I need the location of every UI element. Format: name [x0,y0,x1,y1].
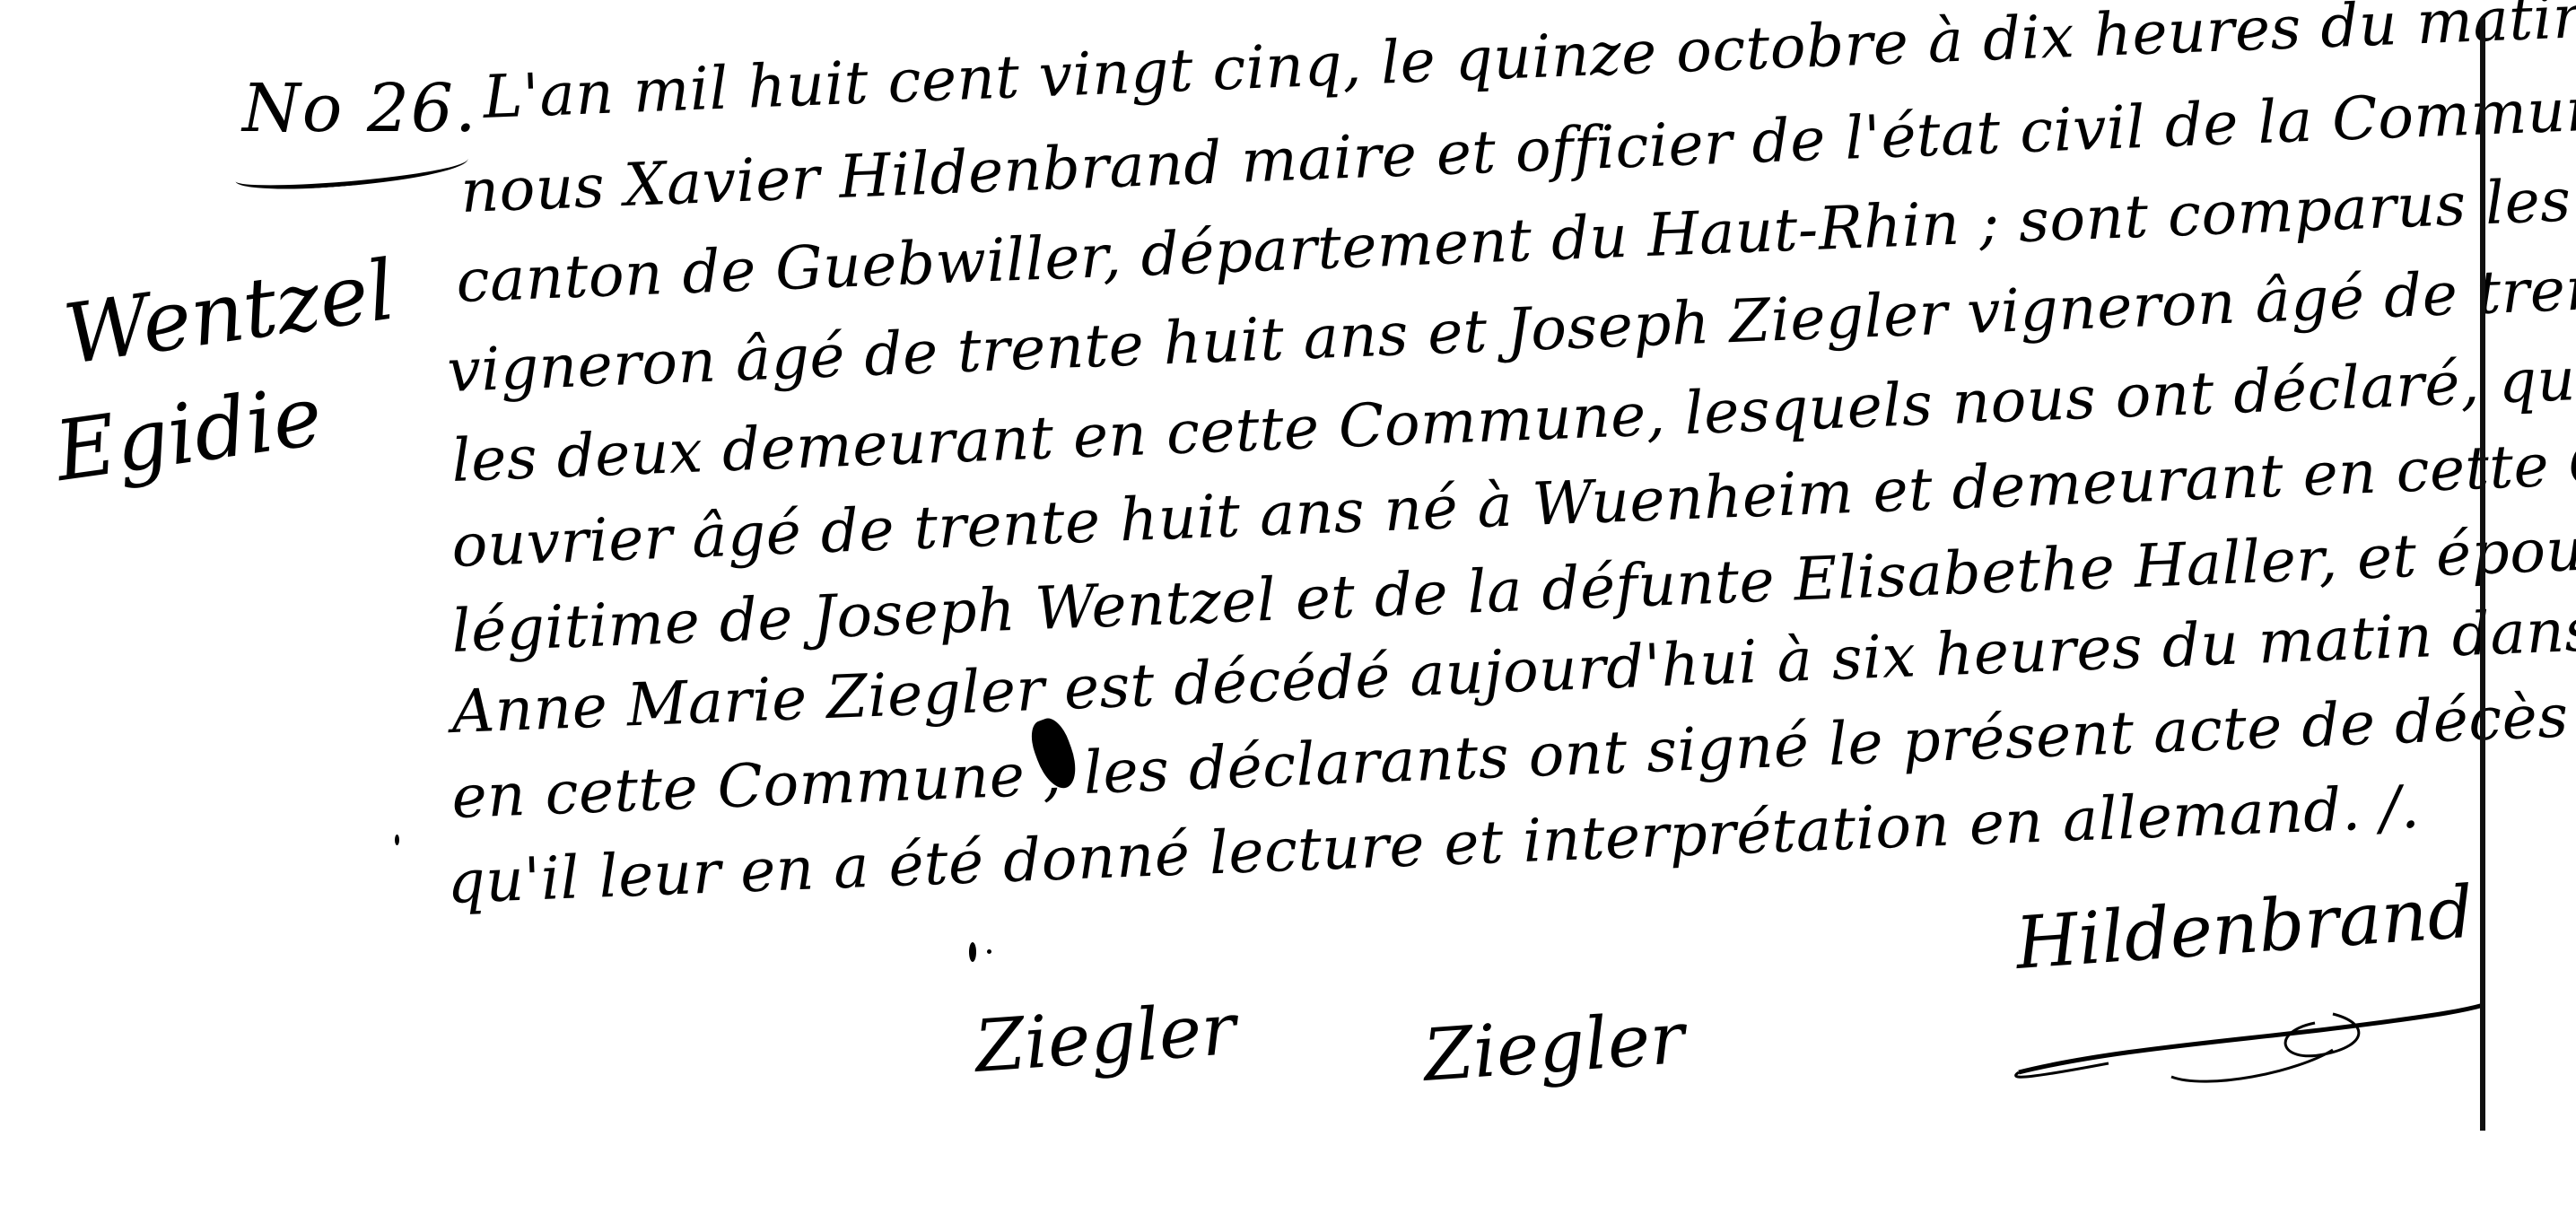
right-margin-rule [2480,18,2485,1131]
document-page: No 26. Wentzel Egidie L'an mil huit cent… [0,0,2576,1206]
margin-surname: Wentzel [58,242,400,383]
ink-speck [395,835,399,845]
witness-1-signature: Ziegler [973,987,1239,1088]
record-number: No 26. [242,70,478,147]
margin-given-name: Egidie [49,368,327,500]
witness-2-signature: Ziegler [1421,996,1688,1097]
signature-flourish-icon [2001,987,2485,1095]
ink-speck [969,942,976,962]
mayor-signature: Hildenbrand [2013,870,2476,985]
record-number-underline [234,146,469,194]
ink-speck [987,949,991,954]
